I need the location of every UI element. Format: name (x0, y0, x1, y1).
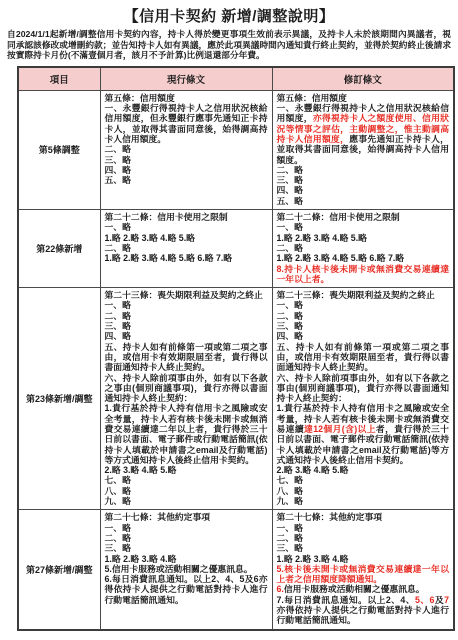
text-line: 二、略 (277, 311, 450, 321)
text-segment: 1.貴行基於持卡人持有信用卡之風險或安全考量，持卡人若有核卡後未開卡或無消費交易… (105, 403, 268, 464)
text-line: 1.貴行基於持卡人持有信用卡之風險或安全考量，持卡人若有核卡後未開卡或無消費交易… (277, 403, 450, 465)
table-row: 第5條調整第五條：信用額度一、永豐銀行得視持卡人之信用狀況核給信用額度，但永豐銀… (18, 90, 454, 209)
column-header-item: 項目 (18, 67, 100, 91)
text-line: 三、略 (277, 321, 450, 331)
text-segment: 二、略 (105, 311, 131, 321)
text-line: 一、略 (277, 222, 450, 232)
text-segment: 1.略 2.略 3.略 4.略 (105, 554, 177, 564)
text-line: 七、略 (277, 475, 450, 485)
text-segment: 1.略 2.略 3.略 4.略 5.略 6.略 7.略 (277, 253, 405, 263)
table-row: 第23條新增/調整第二十三條：喪失期限利益及契約之終止一、略二、略三、略四、略五… (18, 288, 454, 510)
column-header-current: 現行條文 (100, 67, 272, 91)
text-line: 五、持卡人如有前條第一項或第二項之事由，或信用卡有效期限屆至者，貴行得以書面通知… (105, 342, 268, 373)
current-text-cell: 第二十三條：喪失期限利益及契約之終止一、略二、略三、略四、略五、持卡人如有前條第… (100, 288, 272, 510)
text-line: 第二十二條：信用卡使用之限制 (105, 212, 268, 222)
text-line: 五、略 (105, 175, 268, 185)
text-line: 八、略 (105, 486, 268, 496)
text-segment: 1.略 2.略 3.略 4.略 5.略 (277, 233, 367, 243)
current-text-cell: 第二十二條：信用卡使用之限制一、略1.略 2.略 3.略 4.略 5.略二、略1… (100, 210, 272, 288)
text-line: 四、略 (277, 185, 450, 195)
text-line: 1.略 2.略 3.略 4.略 (105, 554, 268, 564)
text-line: 2.略 3.略 4.略 5.略 (277, 465, 450, 475)
text-line: 二、略 (277, 165, 450, 175)
text-segment: 六、持卡人除前項事由外，如有以下各款之事由(個別商議事項)，貴行亦得以書面通知持… (105, 373, 268, 404)
text-segment: 五、略 (277, 196, 303, 206)
text-line: 1.貴行基於持卡人持有信用卡之風險或安全考量，持卡人若有核卡後未開卡或無消費交易… (105, 403, 268, 465)
text-segment: 四、略 (105, 331, 131, 341)
text-line: 7.每日消費訊息通知。以上2、4、5、6及7亦得依持卡人提供之行動電話對持卡人進… (277, 595, 450, 626)
text-segment: 四、略 (105, 165, 131, 175)
text-line: 一、略 (277, 300, 450, 310)
text-line: 二、略 (105, 243, 268, 253)
text-segment: 三、略 (277, 321, 303, 331)
text-segment: 三、略 (105, 321, 131, 331)
highlighted-text-segment: 達12個月(含)以上 (304, 424, 376, 434)
text-line: 四、略 (105, 331, 268, 341)
text-line: 六、持卡人除前項事由外，如有以下各款之事由(個別商議事項)，貴行亦得以書面通知持… (277, 373, 450, 404)
text-segment: 一、略 (277, 523, 303, 533)
text-segment: 九、略 (277, 496, 303, 506)
text-segment: 第二十七條：其他約定事項 (105, 512, 211, 522)
text-segment: 七、略 (105, 475, 131, 485)
text-line: 二、略 (277, 533, 450, 543)
text-line: 第五條：信用額度 (277, 93, 450, 103)
text-segment: 7.每日消費訊息通知。以上2、4、 (277, 595, 415, 605)
text-line: 九、略 (105, 496, 268, 506)
highlighted-text-segment: 5.核卡後未開卡或無消費交易連續達一年以上者之信用額度降額通知。 (277, 564, 450, 584)
text-segment: 6.每日消費訊息通知。以上2、4、5及6亦得依持卡人提供之行動電話對持卡人進行行… (105, 574, 268, 605)
text-segment: 四、略 (277, 331, 303, 341)
row-item-label: 第5條調整 (18, 90, 100, 209)
table-body: 第5條調整第五條：信用額度一、永豐銀行得視持卡人之信用狀況核給信用額度，但永豐銀… (18, 90, 454, 629)
text-segment: 六、持卡人除前項事由外，如有以下各款之事由(個別商議事項)，貴行亦得以書面通知持… (277, 373, 450, 404)
text-segment: 二、略 (105, 243, 131, 253)
text-segment: 1.略 2.略 3.略 4.略 (277, 554, 349, 564)
text-segment: 第二十二條：信用卡使用之限制 (277, 212, 400, 222)
text-segment: 一、略 (105, 222, 131, 232)
highlighted-text-segment: 7 (444, 595, 449, 605)
text-line: 8.持卡人核卡後未開卡或無消費交易連續達一年以上者。 (277, 264, 450, 285)
column-header-revised: 修訂條文 (272, 67, 454, 91)
table-header-row: 項目 現行條文 修訂條文 (18, 67, 454, 91)
text-line: 二、略 (277, 243, 450, 253)
text-segment: 七、略 (277, 475, 303, 485)
text-segment: 一、略 (105, 300, 131, 310)
text-segment: 一、略 (105, 523, 131, 533)
text-line: 一、略 (277, 523, 450, 533)
text-line: 1.略 2.略 3.略 4.略 (277, 554, 450, 564)
text-segment: 三、略 (277, 543, 303, 553)
text-segment: 一、永豐銀行得視持卡人之信用狀況核給信用額度，但永豐銀行應事先通知正卡持卡人，並… (105, 103, 268, 144)
text-segment: 八、略 (105, 486, 131, 496)
text-line: 5.信用卡服務或活動相關之優惠訊息。 (105, 564, 268, 574)
text-segment: 及 (434, 595, 444, 605)
revised-text-cell: 第五條：信用額度一、永豐銀行得視持卡人之信用狀況核給信用額度，亦得視持卡人之額度… (272, 90, 454, 209)
text-segment: 九、略 (105, 496, 131, 506)
text-line: 三、略 (105, 543, 268, 553)
text-segment: 一、略 (277, 300, 303, 310)
text-segment: 第二十七條：其他約定事項 (277, 512, 383, 522)
text-line: 九、略 (277, 496, 450, 506)
text-line: 五、持卡人如有前條第一項或第二項之事由，或信用卡有效期限屆至者，貴行得以書面通知… (277, 342, 450, 373)
current-text-cell: 第五條：信用額度一、永豐銀行得視持卡人之信用狀況核給信用額度，但永豐銀行應事先通… (100, 90, 272, 209)
highlighted-text-segment: 8.持卡人核卡後未開卡或無消費交易連續達一年以上者。 (277, 264, 450, 284)
text-line: 一、略 (105, 523, 268, 533)
table-row: 第27條新增/調整第二十七條：其他約定事項一、略二、略三、略1.略 2.略 3.… (18, 510, 454, 630)
text-line: 第二十三條：喪失期限利益及契約之終止 (277, 290, 450, 300)
text-line: 一、永豐銀行得視持卡人之信用狀況核給信用額度，亦得視持卡人之額度使用、信用狀況等… (277, 103, 450, 165)
text-segment: 第二十三條：喪失期限利益及契約之終止 (277, 290, 435, 300)
text-line: 三、略 (277, 175, 450, 185)
text-line: 6.每日消費訊息通知。以上2、4、5及6亦得依持卡人提供之行動電話對持卡人進行行… (105, 574, 268, 605)
text-line: 1.略 2.略 3.略 4.略 5.略 6.略 7.略 (277, 253, 450, 263)
text-segment: 5.信用卡服務或活動相關之優惠訊息。 (105, 564, 253, 574)
text-line: 1.略 2.略 3.略 4.略 5.略 (277, 233, 450, 243)
text-line: 第二十三條：喪失期限利益及契約之終止 (105, 290, 268, 300)
text-segment: 第五條：信用額度 (105, 93, 175, 103)
text-line: 6.信用卡服務或活動相關之優惠訊息。 (277, 584, 450, 594)
text-line: 一、永豐銀行得視持卡人之信用狀況核給信用額度，但永豐銀行應事先通知正卡持卡人，並… (105, 103, 268, 144)
text-line: 二、略 (105, 533, 268, 543)
text-segment: 亦得依持卡人提供之行動電話對持卡人進行行動電話簡訊通知。 (277, 605, 450, 625)
document-page: 【信用卡契約 新增/調整說明】 自2024/1/1起新增/調整信用卡契約內容，持… (0, 0, 458, 640)
text-line: 四、略 (277, 331, 450, 341)
text-line: 第二十七條：其他約定事項 (105, 512, 268, 522)
text-line: 1.略 2.略 3.略 4.略 5.略 (105, 233, 268, 243)
text-line: 六、持卡人除前項事由外，如有以下各款之事由(個別商議事項)，貴行亦得以書面通知持… (105, 373, 268, 404)
text-segment: 二、略 (277, 311, 303, 321)
row-item-label: 第22條新增 (18, 210, 100, 288)
row-item-label: 第27條新增/調整 (18, 510, 100, 630)
amendment-table: 項目 現行條文 修訂條文 第5條調整第五條：信用額度一、永豐銀行得視持卡人之信用… (17, 66, 455, 631)
text-line: 二、略 (105, 311, 268, 321)
text-segment: 二、略 (105, 533, 131, 543)
text-segment: 二、略 (277, 243, 303, 253)
highlighted-text-segment: 5、6 (415, 595, 434, 605)
text-line: 第五條：信用額度 (105, 93, 268, 103)
revised-text-cell: 第二十七條：其他約定事項一、略二、略三、略1.略 2.略 3.略 4.略5.核卡… (272, 510, 454, 630)
text-segment: 二、略 (277, 165, 303, 175)
text-segment: 五、略 (105, 175, 131, 185)
text-segment: 1.略 2.略 3.略 4.略 5.略 6.略 7.略 (105, 253, 233, 263)
text-segment: 五、持卡人如有前條第一項或第二項之事由，或信用卡有效期限屆至者，貴行得以書面通知… (277, 342, 450, 373)
page-title: 【信用卡契約 新增/調整說明】 (0, 0, 458, 26)
text-segment: 2.略 3.略 4.略 5.略 (277, 465, 349, 475)
text-segment: 第二十二條：信用卡使用之限制 (105, 212, 228, 222)
text-segment: 三、略 (277, 175, 303, 185)
text-segment: 五、持卡人如有前條第一項或第二項之事由，或信用卡有效期限屆至者，貴行得以書面通知… (105, 342, 268, 373)
text-line: 八、略 (277, 486, 450, 496)
text-line: 5.核卡後未開卡或無消費交易連續達一年以上者之信用額度降額通知。 (277, 564, 450, 585)
table-row: 第22條新增第二十二條：信用卡使用之限制一、略1.略 2.略 3.略 4.略 5… (18, 210, 454, 288)
text-segment: 2.略 3.略 4.略 5.略 (105, 465, 177, 475)
text-segment: 信用卡服務或活動相關之優惠訊息。 (284, 584, 425, 594)
text-line: 二、略 (105, 144, 268, 154)
text-segment: 第二十三條：喪失期限利益及契約之終止 (105, 290, 263, 300)
revised-text-cell: 第二十二條：信用卡使用之限制一、略1.略 2.略 3.略 4.略 5.略二、略1… (272, 210, 454, 288)
text-line: 1.略 2.略 3.略 4.略 5.略 6.略 7.略 (105, 253, 268, 263)
text-line: 七、略 (105, 475, 268, 485)
text-segment: 第五條：信用額度 (277, 93, 347, 103)
text-segment: 1.略 2.略 3.略 4.略 5.略 (105, 233, 195, 243)
text-segment: 一、略 (277, 222, 303, 232)
text-segment: 二、略 (105, 144, 131, 154)
highlighted-text-segment: 6. (277, 584, 284, 594)
text-line: 三、略 (105, 321, 268, 331)
current-text-cell: 第二十七條：其他約定事項一、略二、略三、略1.略 2.略 3.略 4.略5.信用… (100, 510, 272, 630)
text-line: 三、略 (277, 543, 450, 553)
text-line: 五、略 (277, 196, 450, 206)
text-line: 四、略 (105, 165, 268, 175)
text-line: 三、略 (105, 155, 268, 165)
text-segment: 三、略 (105, 543, 131, 553)
text-line: 一、略 (105, 300, 268, 310)
intro-paragraph: 自2024/1/1起新增/調整信用卡契約內容，持卡人得於變更事項生效前表示異議，… (7, 29, 451, 61)
text-segment: 三、略 (105, 155, 131, 165)
text-segment: 二、略 (277, 533, 303, 543)
revised-text-cell: 第二十三條：喪失期限利益及契約之終止一、略二、略三、略四、略五、持卡人如有前條第… (272, 288, 454, 510)
text-line: 一、略 (105, 222, 268, 232)
text-line: 第二十七條：其他約定事項 (277, 512, 450, 522)
text-segment: 八、略 (277, 486, 303, 496)
row-item-label: 第23條新增/調整 (18, 288, 100, 510)
text-segment: 四、略 (277, 185, 303, 195)
text-line: 第二十二條：信用卡使用之限制 (277, 212, 450, 222)
text-line: 2.略 3.略 4.略 5.略 (105, 465, 268, 475)
